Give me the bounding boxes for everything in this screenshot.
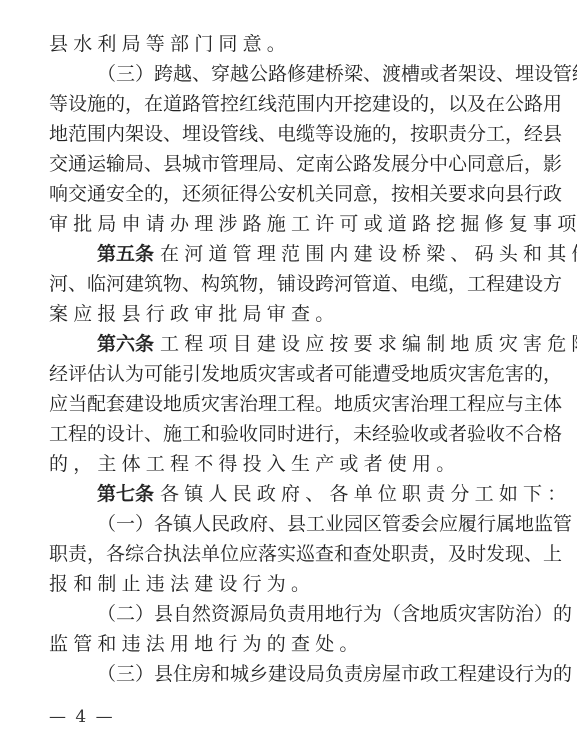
line-text: 等设施的，在道路管控红线范围内开挖建设的，以及在公路用	[49, 93, 562, 115]
text-line: 响交通安全的，还须征得公安机关同意，按相关要求向县行政	[49, 179, 511, 209]
text-line: 案应报县行政审批局审查。	[49, 299, 519, 329]
text-line: 报和制止违法建设行为。	[49, 569, 519, 599]
line-text: 工程的设计、施工和验收同时进行，未经验收或者验收不合格	[49, 423, 562, 445]
article-heading-line: 第七条各镇人民政府、各单位职责分工如下：	[49, 479, 519, 509]
text-line: 职责，各综合执法单位应落实巡查和查处职责，及时发现、上	[49, 539, 511, 569]
text-line: 监管和违法用地行为的查处。	[49, 629, 519, 659]
text-line: 审批局申请办理涉路施工许可或道路挖掘修复事项。	[49, 209, 519, 239]
line-text: （三）县住房和城乡建设局负责房屋市政工程建设行为的	[97, 663, 572, 685]
page-number: — 4 —	[49, 705, 115, 729]
text-line: 经评估认为可能引发地质灾害或者可能遭受地质灾害危害的，	[49, 359, 511, 389]
article-heading-line: 第六条工程项目建设应按要求编制地质灾害危险性评估，	[49, 329, 519, 359]
line-text: 经评估认为可能引发地质灾害或者可能遭受地质灾害危害的，	[49, 363, 562, 385]
line-text: 监管和违法用地行为的查处。	[49, 633, 364, 655]
line-text: 审批局申请办理涉路施工许可或道路挖掘修复事项。	[49, 213, 577, 235]
line-text: 在河道管理范围内建设桥梁、码头和其他拦河、跨	[160, 243, 577, 265]
document-page: 县水利局等部门同意。 （三）跨越、穿越公路修建桥梁、渡槽或者架设、埋设管线 等设…	[49, 29, 519, 689]
line-text: 县水利局等部门同意。	[49, 33, 291, 55]
line-text: 地范围内架设、埋设管线、电缆等设施的，按职责分工，经县	[49, 123, 562, 145]
line-text: （二）县自然资源局负责用地行为（含地质灾害防治）的	[97, 603, 572, 625]
article-heading: 第六条	[97, 333, 154, 355]
text-line: 河、临河建筑物、构筑物，铺设跨河管道、电缆，工程建设方	[49, 269, 511, 299]
text-line: （三）县住房和城乡建设局负责房屋市政工程建设行为的	[49, 659, 511, 689]
line-text: 的，主体工程不得投入生产或者使用。	[49, 453, 460, 475]
text-line: 等设施的，在道路管控红线范围内开挖建设的，以及在公路用	[49, 89, 511, 119]
article-heading-line: 第五条在河道管理范围内建设桥梁、码头和其他拦河、跨	[49, 239, 519, 269]
line-text: 响交通安全的，还须征得公安机关同意，按相关要求向县行政	[49, 183, 562, 205]
line-text: （三）跨越、穿越公路修建桥梁、渡槽或者架设、埋设管线	[97, 63, 577, 85]
article-heading: 第七条	[97, 483, 154, 505]
line-text: 各镇人民政府、各单位职责分工如下：	[160, 483, 571, 505]
article-heading: 第五条	[97, 243, 154, 265]
line-text: 报和制止违法建设行为。	[49, 573, 315, 595]
text-line: 地范围内架设、埋设管线、电缆等设施的，按职责分工，经县	[49, 119, 511, 149]
text-line: 交通运输局、县城市管理局、定南公路发展分中心同意后，影	[49, 149, 511, 179]
line-text: 交通运输局、县城市管理局、定南公路发展分中心同意后，影	[49, 153, 562, 175]
text-line: （二）县自然资源局负责用地行为（含地质灾害防治）的	[49, 599, 511, 629]
text-line: 应当配套建设地质灾害治理工程。地质灾害治理工程应与主体	[49, 389, 511, 419]
text-line: 县水利局等部门同意。	[49, 29, 519, 59]
text-line: （三）跨越、穿越公路修建桥梁、渡槽或者架设、埋设管线	[49, 59, 511, 89]
text-line: 的，主体工程不得投入生产或者使用。	[49, 449, 519, 479]
text-line: 工程的设计、施工和验收同时进行，未经验收或者验收不合格	[49, 419, 511, 449]
line-text: （一）各镇人民政府、县工业园区管委会应履行属地监管	[97, 513, 572, 535]
line-text: 河、临河建筑物、构筑物，铺设跨河管道、电缆，工程建设方	[49, 273, 562, 295]
line-text: 职责，各综合执法单位应落实巡查和查处职责，及时发现、上	[49, 543, 562, 565]
line-text: 工程项目建设应按要求编制地质灾害危险性评估，	[160, 333, 577, 355]
line-text: 案应报县行政审批局审查。	[49, 303, 339, 325]
line-text: 应当配套建设地质灾害治理工程。地质灾害治理工程应与主体	[49, 393, 562, 415]
text-line: （一）各镇人民政府、县工业园区管委会应履行属地监管	[49, 509, 511, 539]
